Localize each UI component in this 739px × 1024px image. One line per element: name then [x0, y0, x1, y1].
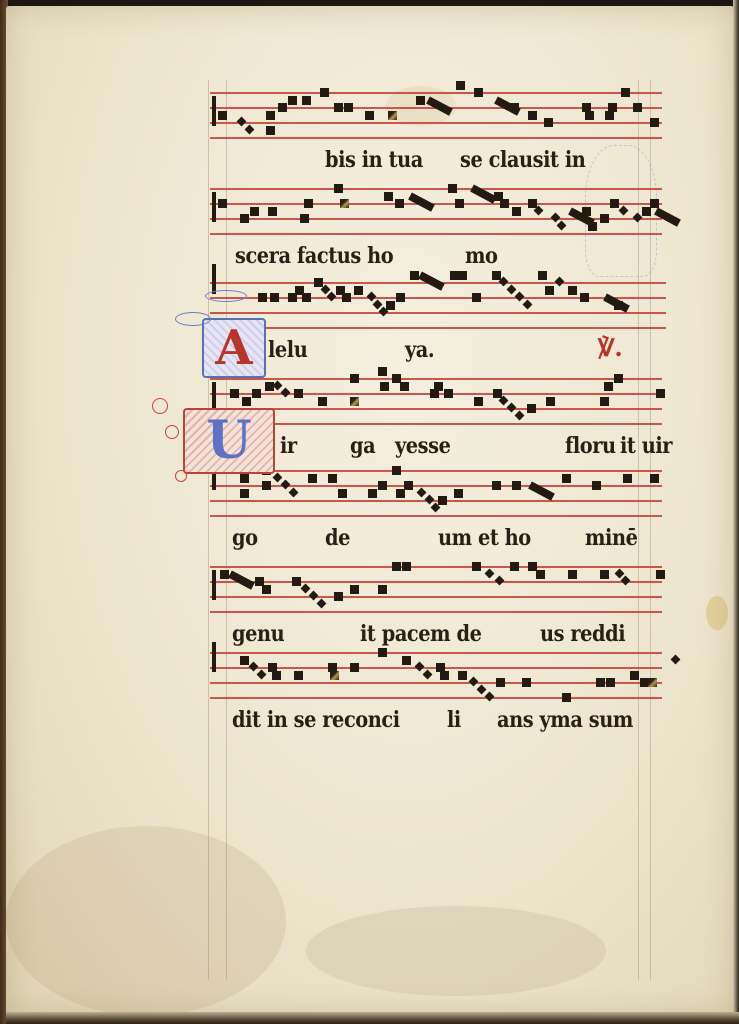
square-note-icon [416, 96, 425, 105]
lyric-syllable: de [325, 525, 350, 551]
square-note-icon [378, 648, 387, 657]
staff-line [210, 327, 666, 329]
lyric-syllable: it pacem de [360, 621, 481, 647]
c-clef-icon [212, 570, 216, 600]
square-note-icon [648, 678, 657, 687]
lyric-syllable: ya. [405, 337, 434, 363]
square-note-icon [402, 562, 411, 571]
staff-line [210, 566, 662, 568]
crease-stain [6, 826, 286, 1016]
square-note-icon [440, 671, 449, 680]
square-note-icon [444, 389, 453, 398]
square-note-icon [250, 207, 259, 216]
square-note-icon [630, 671, 639, 680]
flourish-icon [175, 470, 187, 482]
square-note-icon [278, 103, 287, 112]
square-note-icon [342, 293, 351, 302]
square-note-icon [388, 111, 397, 120]
square-note-icon [512, 481, 521, 490]
square-note-icon [350, 585, 359, 594]
lyric-syllable: yesse [395, 433, 450, 459]
square-note-icon [492, 271, 501, 280]
square-note-icon [268, 207, 277, 216]
square-note-icon [350, 663, 359, 672]
c-clef-icon [212, 642, 216, 672]
staff-line [210, 233, 662, 235]
illuminated-initial-u: U [183, 408, 275, 474]
lyric-syllable: ans yma sum [497, 707, 633, 733]
square-note-icon [350, 397, 359, 406]
flourish-icon [175, 312, 211, 326]
square-note-icon [266, 126, 275, 135]
flourish-icon [165, 425, 179, 439]
square-note-icon [378, 367, 387, 376]
square-note-icon [240, 656, 249, 665]
lyric-syllable: ir [280, 433, 297, 459]
square-note-icon [592, 481, 601, 490]
lyric-syllable: genu [232, 621, 284, 647]
lyric-syllable: se clausit in [460, 147, 585, 173]
square-note-icon [294, 671, 303, 680]
square-note-icon [568, 286, 577, 295]
square-note-icon [240, 214, 249, 223]
square-note-icon [270, 293, 279, 302]
square-note-icon [314, 278, 323, 287]
square-note-icon [588, 222, 597, 231]
staff-line [210, 682, 662, 684]
square-note-icon [300, 214, 309, 223]
square-note-icon [240, 474, 249, 483]
square-note-icon [404, 481, 413, 490]
gold-stain [706, 596, 728, 630]
square-note-icon [262, 585, 271, 594]
staff-line [210, 122, 662, 124]
staff-line [210, 652, 662, 654]
staff-line [210, 188, 662, 190]
square-note-icon [378, 481, 387, 490]
square-note-icon [395, 199, 404, 208]
square-note-icon [378, 585, 387, 594]
staff-line [210, 137, 662, 139]
staff-line [210, 596, 662, 598]
lyric-syllable: floru [565, 433, 616, 459]
square-note-icon [252, 389, 261, 398]
c-clef-icon [212, 192, 216, 222]
square-note-icon [338, 489, 347, 498]
square-note-icon [365, 111, 374, 120]
square-note-icon [368, 489, 377, 498]
square-note-icon [384, 192, 393, 201]
square-note-icon [304, 199, 313, 208]
staff-line [210, 697, 662, 699]
square-note-icon [340, 199, 349, 208]
lyric-syllable: bis in tua [325, 147, 423, 173]
lyric-syllable: dit in se reconci [232, 707, 400, 733]
square-note-icon [320, 88, 329, 97]
square-note-icon [266, 111, 275, 120]
square-note-icon [606, 678, 615, 687]
lyric-syllable: li [447, 707, 461, 733]
square-note-icon [448, 184, 457, 193]
lyric-syllable: go [232, 525, 258, 551]
square-note-icon [354, 286, 363, 295]
versicle-mark: ℣. [598, 333, 623, 362]
square-note-icon [240, 489, 249, 498]
square-note-icon [562, 693, 571, 702]
square-note-icon [330, 671, 339, 680]
square-note-icon [438, 496, 447, 505]
lyric-syllable: scera factus ho [235, 243, 393, 269]
lyric-syllable: um et ho [438, 525, 531, 551]
lyric-syllable: minē [585, 525, 637, 551]
square-note-icon [600, 397, 609, 406]
smudge-stain [306, 906, 606, 996]
lyric-syllable: ga [350, 433, 375, 459]
square-note-icon [334, 592, 343, 601]
lyric-syllable: it uir [620, 433, 672, 459]
square-note-icon [380, 382, 389, 391]
staff-line [210, 92, 662, 94]
square-note-icon [458, 671, 467, 680]
square-note-icon [454, 489, 463, 498]
square-note-icon [608, 103, 617, 112]
square-note-icon [650, 474, 659, 483]
square-note-icon [600, 570, 609, 579]
square-note-icon [585, 111, 594, 120]
square-note-icon [402, 656, 411, 665]
square-note-icon [262, 481, 271, 490]
square-note-icon [474, 397, 483, 406]
square-note-icon [302, 96, 311, 105]
square-note-icon [500, 199, 509, 208]
square-note-icon [344, 103, 353, 112]
staff-line [210, 408, 662, 410]
square-note-icon [334, 184, 343, 193]
square-note-icon [544, 118, 553, 127]
staff-line [210, 581, 662, 583]
square-note-icon [580, 293, 589, 302]
square-note-icon [272, 671, 281, 680]
square-note-icon [456, 81, 465, 90]
square-note-icon [434, 382, 443, 391]
square-note-icon [492, 481, 501, 490]
square-note-icon [536, 570, 545, 579]
c-clef-icon [212, 96, 216, 126]
square-note-icon [318, 397, 327, 406]
square-note-icon [396, 293, 405, 302]
c-clef-icon [212, 264, 216, 294]
square-note-icon [610, 199, 619, 208]
page-edge-bottom [6, 1012, 739, 1024]
square-note-icon [496, 678, 505, 687]
square-note-icon [527, 404, 536, 413]
square-note-icon [230, 389, 239, 398]
square-note-icon [350, 374, 359, 383]
staff-line [210, 500, 662, 502]
square-note-icon [582, 207, 591, 216]
square-note-icon [604, 382, 613, 391]
square-note-icon [458, 271, 467, 280]
square-note-icon [218, 111, 227, 120]
staff-line [210, 378, 662, 380]
square-note-icon [328, 474, 337, 483]
lyric-syllable: mo [465, 243, 498, 269]
ruling-line [208, 80, 209, 980]
square-note-icon [294, 389, 303, 398]
square-note-icon [334, 103, 343, 112]
square-note-icon [302, 293, 311, 302]
square-note-icon [633, 103, 642, 112]
square-note-icon [621, 88, 630, 97]
flourish-icon [152, 398, 168, 414]
square-note-icon [510, 562, 519, 571]
square-note-icon [510, 103, 519, 112]
staff-line [210, 312, 666, 314]
square-note-icon [596, 678, 605, 687]
lyric-syllable: us reddi [540, 621, 625, 647]
square-note-icon [218, 199, 227, 208]
square-note-icon [614, 301, 623, 310]
ruling-line [226, 80, 227, 980]
square-note-icon [474, 88, 483, 97]
square-note-icon [528, 111, 537, 120]
square-note-icon [512, 207, 521, 216]
square-note-icon [656, 570, 665, 579]
flourish-icon [205, 290, 247, 302]
square-note-icon [546, 397, 555, 406]
square-note-icon [308, 474, 317, 483]
staff-line [210, 203, 662, 205]
square-note-icon [292, 577, 301, 586]
square-note-icon [258, 293, 267, 302]
square-note-icon [472, 562, 481, 571]
staff-line [210, 423, 662, 425]
page-edge-right [733, 0, 739, 1024]
lyric-syllable: lelu [268, 337, 307, 363]
square-note-icon [522, 678, 531, 687]
square-note-icon [600, 214, 609, 223]
square-note-icon [400, 382, 409, 391]
square-note-icon [472, 293, 481, 302]
square-note-icon [242, 397, 251, 406]
square-note-icon [656, 389, 665, 398]
square-note-icon [614, 374, 623, 383]
staff-line [210, 515, 662, 517]
illuminated-initial-a: A [202, 318, 266, 378]
square-note-icon [455, 199, 464, 208]
square-note-icon [568, 570, 577, 579]
staff-line [210, 470, 662, 472]
square-note-icon [392, 466, 401, 475]
square-note-icon [562, 474, 571, 483]
square-note-icon [623, 474, 632, 483]
square-note-icon [545, 286, 554, 295]
square-note-icon [288, 96, 297, 105]
square-note-icon [386, 301, 395, 310]
square-note-icon [650, 118, 659, 127]
square-note-icon [392, 562, 401, 571]
square-note-icon [538, 271, 547, 280]
staff-line [210, 611, 662, 613]
